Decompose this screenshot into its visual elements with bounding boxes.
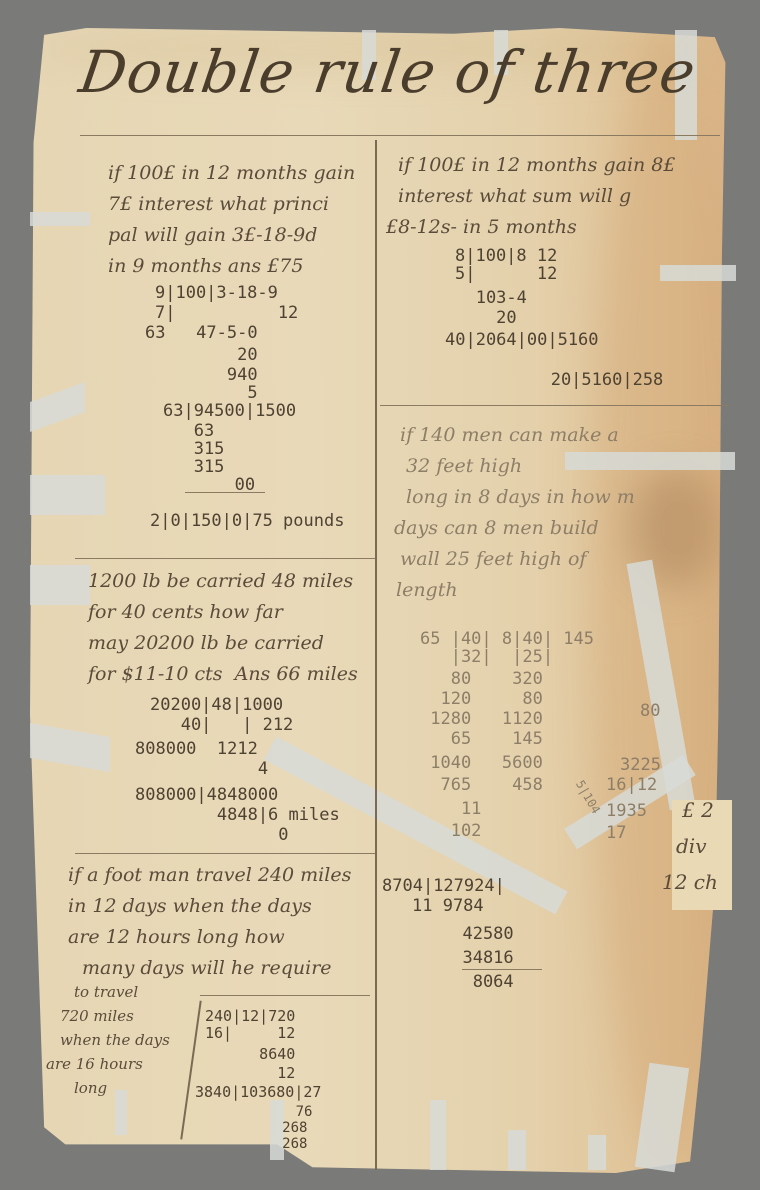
tape-strip bbox=[430, 1100, 446, 1170]
problem-text-line: length bbox=[396, 575, 458, 606]
work-answer: 20|5160|258 bbox=[520, 369, 663, 391]
problem-text-line: days can 8 men build bbox=[394, 513, 599, 544]
problem-text-line: wall 25 feet high of bbox=[400, 544, 586, 575]
work-rule bbox=[185, 492, 265, 493]
work-line: 120 80 bbox=[420, 688, 543, 710]
tape-strip bbox=[660, 265, 736, 281]
tape-strip bbox=[30, 212, 90, 226]
work-answer: 4848|6 miles bbox=[135, 804, 340, 826]
problem-text-line: if a foot man travel 240 miles bbox=[68, 860, 351, 891]
tape-strip bbox=[30, 475, 105, 515]
problem-text-line: many days will he require bbox=[82, 953, 332, 984]
problem-text-line: 1200 lb be carried 48 miles bbox=[88, 566, 353, 597]
problem-text-line: 32 feet high bbox=[406, 451, 522, 482]
work-line: 8704|127924| bbox=[382, 875, 505, 897]
section-divider bbox=[75, 853, 375, 854]
work-answer: 2|0|150|0|75 pounds bbox=[150, 510, 344, 532]
work-line: 1935 bbox=[606, 800, 647, 822]
work-line: 16|12 bbox=[606, 774, 657, 796]
problem-text-line: £8-12s- in 5 months bbox=[386, 212, 577, 243]
work-line: 102 bbox=[420, 820, 481, 842]
work-line: |32| |25| bbox=[420, 646, 553, 668]
page-title: Double rule of three bbox=[75, 38, 700, 106]
problem-text-line: may 20200 lb be carried bbox=[88, 628, 324, 659]
work-rule bbox=[462, 969, 542, 970]
problem-text-line: interest what sum will g bbox=[398, 181, 631, 212]
work-line: 34816 bbox=[442, 947, 514, 969]
problem-text-line: long bbox=[74, 1081, 107, 1096]
tape-strip bbox=[508, 1130, 526, 1170]
fragment-text: div bbox=[676, 836, 707, 856]
problem-text-line: in 12 days when the days bbox=[68, 891, 312, 922]
work-line: 16| 12 bbox=[205, 1022, 295, 1044]
problem-text-line: to travel bbox=[74, 985, 138, 1000]
work-line: 42580 bbox=[442, 923, 514, 945]
work-line: 1040 5600 bbox=[420, 752, 543, 774]
work-answer: 8064 bbox=[442, 971, 514, 993]
work-line: 11 9784 bbox=[412, 895, 484, 917]
tape-strip bbox=[565, 452, 735, 470]
work-line: 1280 1120 bbox=[420, 708, 543, 730]
section-divider bbox=[380, 405, 730, 406]
work-line: 80 320 bbox=[420, 668, 543, 690]
work-line: 63 47-5-0 bbox=[145, 322, 258, 344]
work-line: 808000 1212 bbox=[135, 738, 258, 760]
section-divider bbox=[200, 995, 370, 996]
problem-text-line: if 140 men can make a bbox=[400, 420, 619, 451]
section-divider bbox=[75, 558, 375, 559]
work-line: 0 bbox=[135, 824, 289, 846]
work-line: 808000|4848000 bbox=[135, 784, 278, 806]
problem-text-line: if 100£ in 12 months gain bbox=[108, 158, 355, 189]
problem-text-line: pal will gain 3£-18-9d bbox=[108, 220, 317, 251]
tape-strip bbox=[115, 1090, 127, 1135]
work-line: 20200|48|1000 bbox=[150, 694, 283, 716]
work-line: 4 bbox=[135, 758, 268, 780]
tape-strip bbox=[588, 1135, 606, 1170]
problem-text-line: for $11-10 cts Ans 66 miles bbox=[88, 659, 358, 690]
work-line: 5| 12 bbox=[455, 263, 557, 285]
work-line: 765 458 bbox=[420, 774, 543, 796]
column-divider bbox=[375, 140, 377, 1170]
work-line: 17 bbox=[606, 822, 626, 844]
problem-text-line: 720 miles bbox=[60, 1009, 134, 1024]
title-underline bbox=[80, 135, 720, 136]
work-line: 103-4 bbox=[445, 287, 527, 309]
work-line: 65 145 bbox=[420, 728, 543, 750]
work-line: 40| | 212 bbox=[150, 714, 293, 736]
work-line: 63|94500|1500 bbox=[163, 400, 296, 422]
work-line: 20 bbox=[445, 307, 517, 329]
problem-text-line: when the days bbox=[60, 1033, 170, 1048]
problem-text-line: 7£ interest what princi bbox=[108, 189, 329, 220]
work-line: 7| 12 bbox=[155, 302, 298, 324]
problem-text-line: if 100£ in 12 months gain 8£ bbox=[398, 150, 676, 181]
work-line: 3225 bbox=[620, 754, 661, 776]
problem-text-line: in 9 months ans £75 bbox=[108, 251, 303, 282]
work-line: 268 bbox=[240, 1133, 307, 1155]
work-line: 11 bbox=[420, 798, 481, 820]
tape-strip bbox=[30, 565, 90, 605]
problem-text-line: for 40 cents how far bbox=[88, 597, 283, 628]
work-line: 80 bbox=[640, 700, 660, 722]
fragment-text: £ 2 bbox=[682, 800, 714, 820]
problem-text-line: are 12 hours long how bbox=[68, 922, 285, 953]
work-line: 20 bbox=[145, 344, 258, 366]
work-line: 9|100|3-18-9 bbox=[155, 282, 278, 304]
problem-text-line: are 16 hours bbox=[46, 1057, 143, 1072]
right-edge-fragment: £ 2 div 12 ch bbox=[672, 800, 732, 910]
problem-text-line: long in 8 days in how m bbox=[406, 482, 635, 513]
fragment-text: 12 ch bbox=[662, 872, 718, 892]
work-answer: 3840|103680|27 bbox=[195, 1081, 321, 1103]
work-line: 40|2064|00|5160 bbox=[445, 329, 599, 351]
